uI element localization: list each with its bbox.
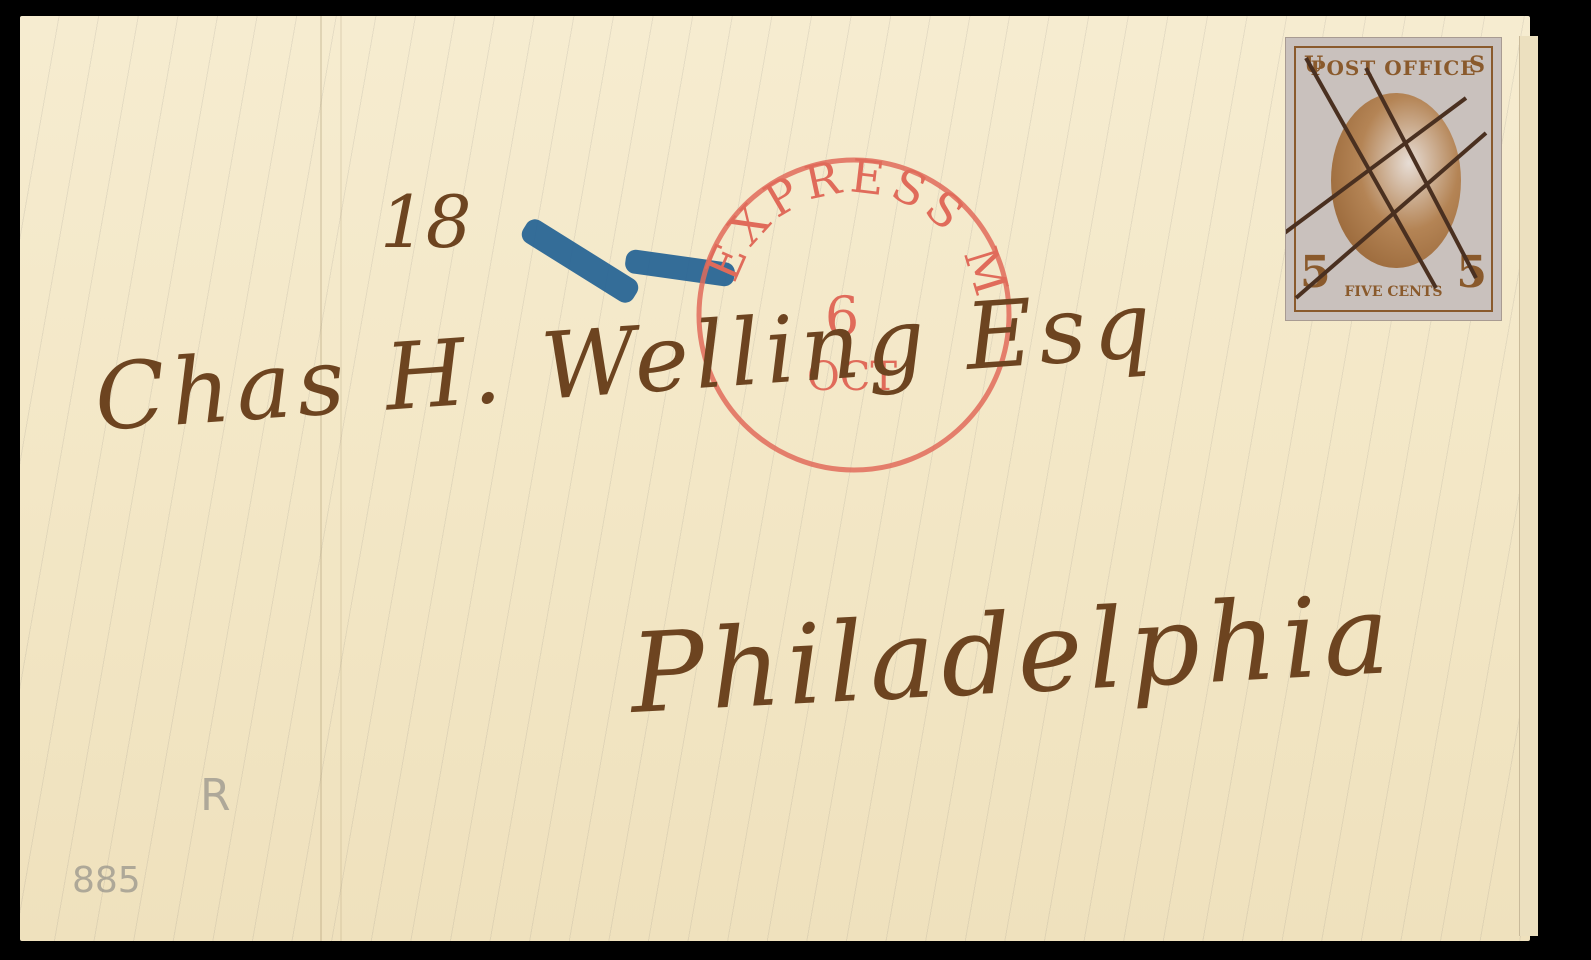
fold-line	[320, 16, 322, 941]
pencil-notation: R	[200, 770, 231, 821]
folded-edge	[1519, 36, 1538, 936]
pencil-notation: 885	[72, 860, 141, 901]
manuscript-rate: 18	[380, 180, 472, 264]
fold-line	[340, 16, 342, 941]
franklin-5c-stamp: U S POST OFFICE FIVE CENTS 5 5	[1285, 37, 1502, 321]
pen-cancel	[1286, 38, 1501, 320]
